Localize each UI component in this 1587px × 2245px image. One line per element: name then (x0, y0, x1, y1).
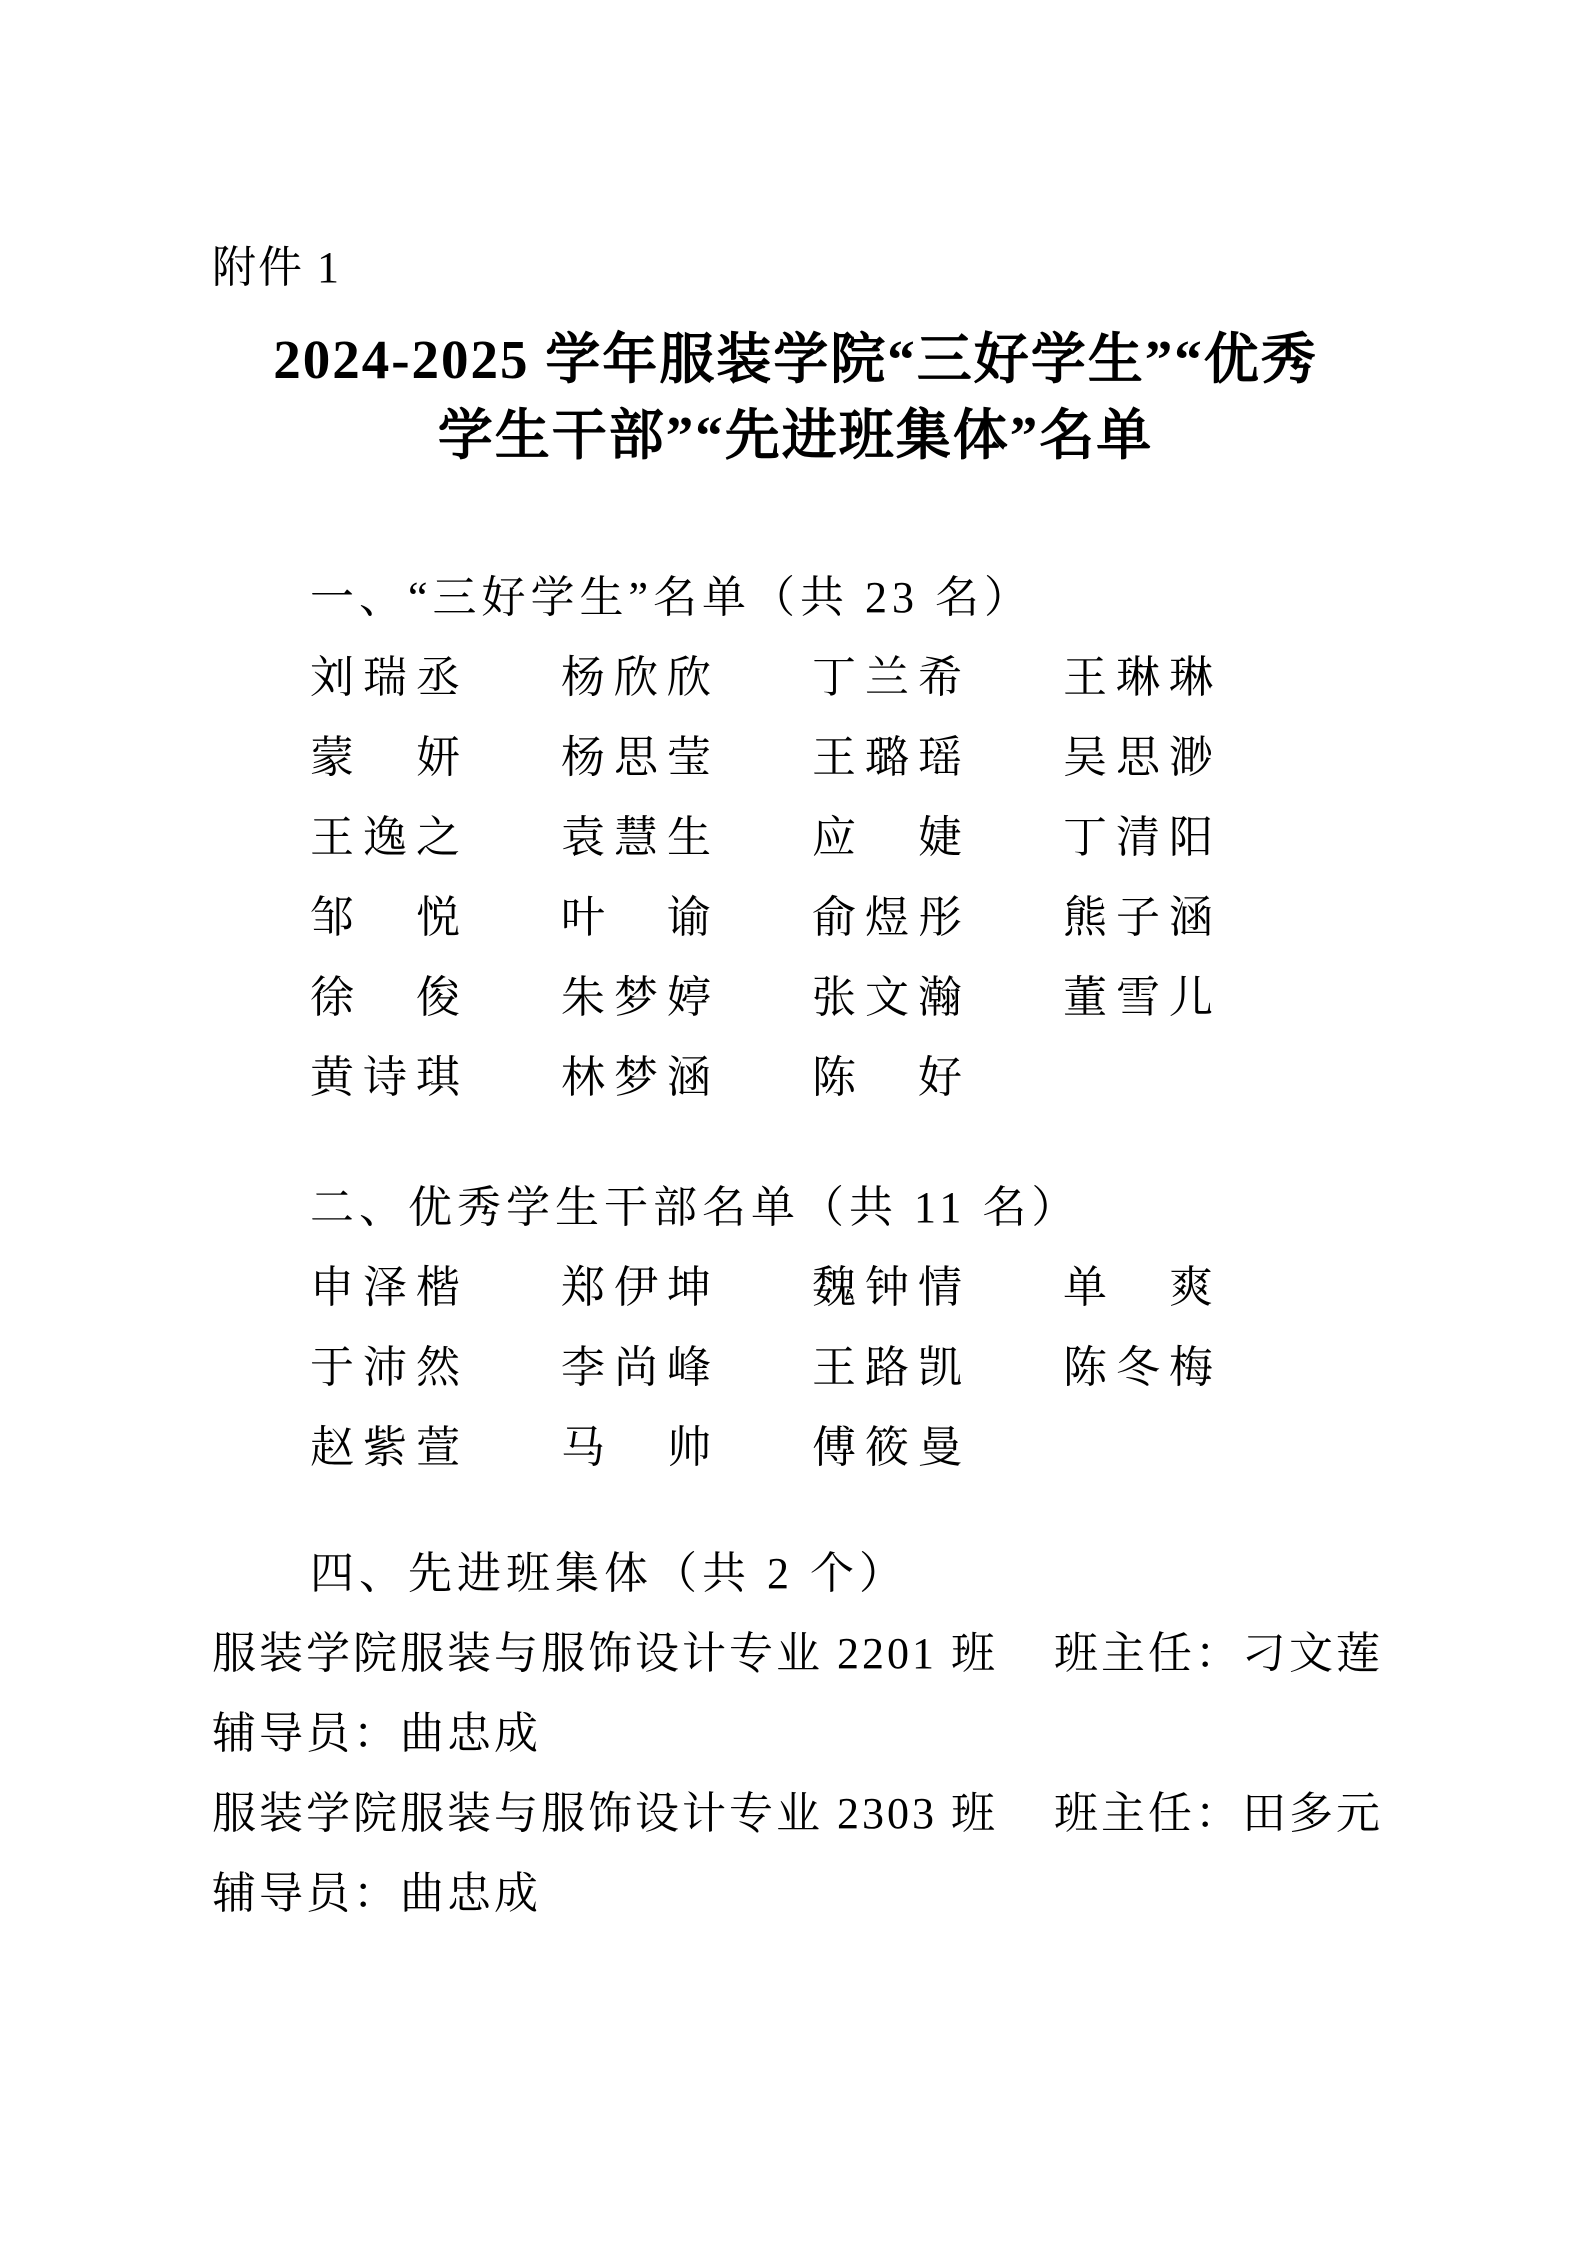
student-name: 王逸之 (310, 798, 561, 878)
name-row: 徐 俊朱梦婷张文瀚董雪儿 (310, 958, 1379, 1038)
attachment-label: 附件 1 (212, 228, 1379, 308)
student-name: 俞煜彤 (812, 878, 1063, 958)
student-name: 叶 谕 (561, 878, 812, 958)
student-name: 申泽楷 (310, 1248, 561, 1328)
class-name: 服装学院服装与服饰设计专业 2303 班 (212, 1789, 998, 1838)
name-row: 黄诗琪林梦涵陈 好 (310, 1038, 1379, 1118)
student-name: 丁清阳 (1063, 798, 1314, 878)
student-name: 袁慧生 (561, 798, 812, 878)
name-row: 王逸之袁慧生应 婕丁清阳 (310, 798, 1379, 878)
student-name: 应 婕 (812, 798, 1063, 878)
head-teacher: 班主任：田多元 (1054, 1789, 1383, 1838)
student-name: 赵紫萱 (310, 1408, 561, 1488)
student-name: 丁兰希 (812, 638, 1063, 718)
student-name: 徐 俊 (310, 958, 561, 1038)
student-name: 李尚峰 (561, 1328, 812, 1408)
class-entry: 服装学院服装与服饰设计专业 2303 班班主任：田多元 辅导员：曲忠成 (212, 1774, 1379, 1934)
section1-heading: 一、“三好学生”名单（共 23 名） (310, 558, 1379, 638)
name-row: 蒙 妍杨思莹王璐瑶吴思渺 (310, 718, 1379, 798)
student-name: 刘瑞丞 (310, 638, 561, 718)
section2-heading: 二、优秀学生干部名单（共 11 名） (310, 1168, 1379, 1248)
student-name: 蒙 妍 (310, 718, 561, 798)
document-title-line1: 2024-2025 学年服装学院“三好学生”“优秀 (212, 322, 1379, 398)
student-name: 熊子涵 (1063, 878, 1314, 958)
document-title: 2024-2025 学年服装学院“三好学生”“优秀 学生干部”“先进班集体”名单 (212, 322, 1379, 474)
student-name: 杨欣欣 (561, 638, 812, 718)
head-teacher: 班主任：刁文莲 (1054, 1629, 1383, 1678)
student-name: 陈冬梅 (1063, 1328, 1314, 1408)
student-name: 陈 好 (812, 1038, 1063, 1118)
student-name: 黄诗琪 (310, 1038, 561, 1118)
student-name: 吴思渺 (1063, 718, 1314, 798)
student-name: 邹 悦 (310, 878, 561, 958)
section4-heading: 四、先进班集体（共 2 个） (310, 1534, 1379, 1614)
student-name: 王琳琳 (1063, 638, 1314, 718)
student-name: 马 帅 (561, 1408, 812, 1488)
student-name: 张文瀚 (812, 958, 1063, 1038)
name-row: 赵紫萱马 帅傅筱曼 (310, 1408, 1379, 1488)
class-title-line: 服装学院服装与服饰设计专业 2303 班班主任：田多元 (212, 1774, 1379, 1854)
name-row: 于沛然李尚峰王路凯陈冬梅 (310, 1328, 1379, 1408)
document-title-line2: 学生干部”“先进班集体”名单 (212, 398, 1379, 474)
class-entry: 服装学院服装与服饰设计专业 2201 班班主任：刁文莲 辅导员：曲忠成 (212, 1614, 1379, 1774)
student-name: 魏钟情 (812, 1248, 1063, 1328)
student-name: 杨思莹 (561, 718, 812, 798)
student-name: 王璐瑶 (812, 718, 1063, 798)
counselor: 辅导员：曲忠成 (212, 1854, 1379, 1934)
class-title-line: 服装学院服装与服饰设计专业 2201 班班主任：刁文莲 (212, 1614, 1379, 1694)
class-name: 服装学院服装与服饰设计专业 2201 班 (212, 1629, 998, 1678)
name-row: 邹 悦叶 谕俞煜彤熊子涵 (310, 878, 1379, 958)
student-name: 朱梦婷 (561, 958, 812, 1038)
name-row: 申泽楷郑伊坤魏钟情单 爽 (310, 1248, 1379, 1328)
student-name: 王路凯 (812, 1328, 1063, 1408)
counselor: 辅导员：曲忠成 (212, 1694, 1379, 1774)
student-name: 郑伊坤 (561, 1248, 812, 1328)
name-row: 刘瑞丞杨欣欣丁兰希王琳琳 (310, 638, 1379, 718)
student-name: 林梦涵 (561, 1038, 812, 1118)
student-name: 董雪儿 (1063, 958, 1314, 1038)
document-page: 附件 1 2024-2025 学年服装学院“三好学生”“优秀 学生干部”“先进班… (0, 0, 1587, 2245)
student-name: 傅筱曼 (812, 1408, 1063, 1488)
student-name: 单 爽 (1063, 1248, 1314, 1328)
student-name: 于沛然 (310, 1328, 561, 1408)
